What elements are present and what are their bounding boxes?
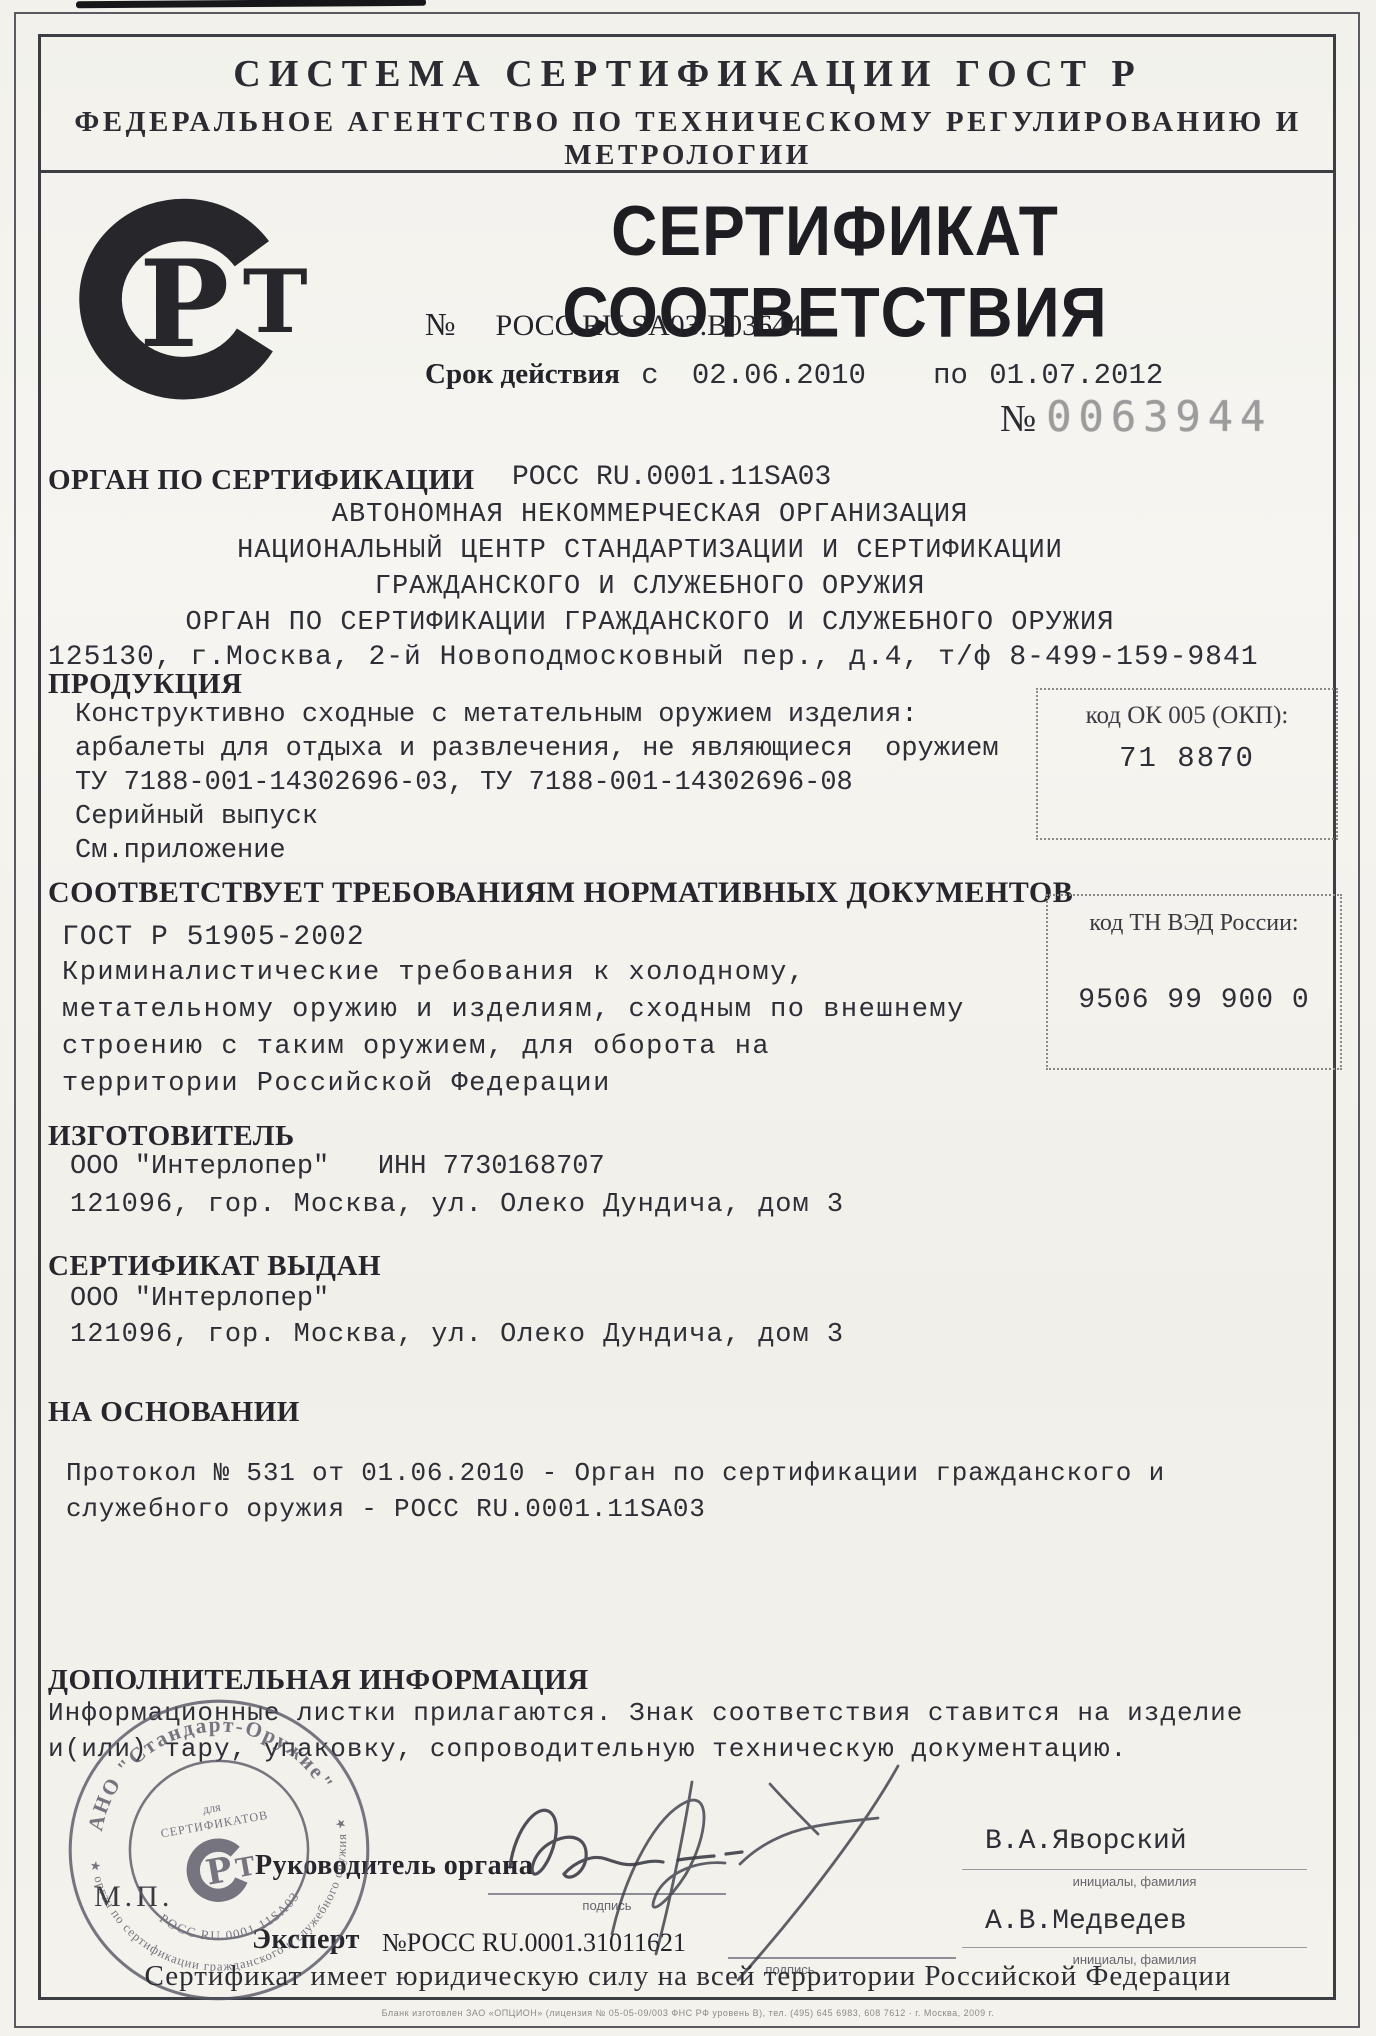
head-signature-icon xyxy=(510,1810,742,1877)
compliance-standard: ГОСТ Р 51905-2002 xyxy=(62,922,365,953)
compliance-heading: СООТВЕТСТВУЕТ ТРЕБОВАНИЯМ НОРМАТИВНЫХ ДО… xyxy=(48,876,1073,910)
product-line: Конструктивно сходные с метательным оруж… xyxy=(75,700,918,730)
manufacturer-heading: ИЗГОТОВИТЕЛЬ xyxy=(48,1120,295,1153)
org-line: АВТОНОМНАЯ НЕКОММЕРЧЕСКАЯ ОРГАНИЗАЦИЯ xyxy=(0,500,1300,530)
basis-line: служебного оружия - РОСС RU.0001.11SA03 xyxy=(66,1494,706,1524)
okp-code-box: код ОК 005 (ОКП): 71 8870 xyxy=(1036,688,1338,840)
agency-title: ФЕДЕРАЛЬНОЕ АГЕНТСТВО ПО ТЕХНИЧЕСКОМУ РЕ… xyxy=(0,106,1376,172)
org-code: РОСС RU.0001.11SA03 xyxy=(512,462,831,493)
product-line: арбалеты для отдыха и развлечения, не яв… xyxy=(75,734,999,764)
valid-to-date: 01.07.2012 xyxy=(989,359,1163,392)
org-line: НАЦИОНАЛЬНЫЙ ЦЕНТР СТАНДАРТИЗАЦИИ И СЕРТ… xyxy=(0,536,1300,566)
issued-to-address: 121096, гор. Москва, ул. Олеко Дундича, … xyxy=(70,1320,844,1350)
tnved-code: 9506 99 900 0 xyxy=(1048,985,1340,1016)
org-line: ГРАЖДАНСКОГО И СЛУЖЕБНОГО ОРУЖИЯ xyxy=(0,572,1300,602)
compliance-line: Криминалистические требования к холодном… xyxy=(62,958,806,988)
blank-fine-print: Бланк изготовлен ЗАО «ОПЦИОН» (лицензия … xyxy=(0,2008,1376,2018)
org-line: ОРГАН ПО СЕРТИФИКАЦИИ ГРАЖДАНСКОГО И СЛУ… xyxy=(0,608,1300,638)
handwritten-signatures xyxy=(440,1742,1020,1992)
product-line: См.приложение xyxy=(75,836,286,866)
number-sign: № xyxy=(425,306,456,342)
system-title: СИСТЕМА СЕРТИФИКАЦИИ ГОСТ Р xyxy=(0,52,1376,96)
expert-signature-icon xyxy=(612,1766,898,1980)
tnved-label: код ТН ВЭД России: xyxy=(1048,910,1340,937)
certificate-number-row: №РОСС RU.SA03.B03644 xyxy=(425,306,802,343)
basis-line: Протокол № 531 от 01.06.2010 - Орган по … xyxy=(66,1458,1165,1488)
to-label: по xyxy=(933,359,968,392)
rst-mark-icon: Р Т xyxy=(64,198,318,416)
product-heading: ПРОДУКЦИЯ xyxy=(48,668,242,701)
valid-from-date: 02.06.2010 xyxy=(692,359,866,392)
basis-heading: НА ОСНОВАНИИ xyxy=(48,1396,300,1429)
manufacturer-address: 121096, гор. Москва, ул. Олеко Дундича, … xyxy=(70,1190,844,1220)
scan-artifact xyxy=(76,0,426,8)
stamp-rst-logo-icon: Р Т xyxy=(189,1839,258,1899)
validity-row: Срок действия с 02.06.2010 по 01.07.2012 xyxy=(425,358,1163,392)
stamp-center-line1: для xyxy=(202,1800,222,1817)
svg-text:Т: Т xyxy=(243,250,308,353)
validity-label: Срок действия xyxy=(425,358,620,390)
okp-code: 71 8870 xyxy=(1038,742,1336,775)
org-heading: ОРГАН ПО СЕРТИФИКАЦИИ xyxy=(48,464,475,497)
product-line: ТУ 7188-001-14302696-03, ТУ 7188-001-143… xyxy=(75,768,853,798)
issued-to-name: ООО "Интерлопер" xyxy=(70,1284,329,1314)
certificate-number: РОСС RU.SA03.B03644 xyxy=(496,309,803,342)
okp-label: код ОК 005 (ОКП): xyxy=(1038,702,1336,730)
compliance-line: метательному оружию и изделиям, сходным … xyxy=(62,995,965,1025)
header-divider xyxy=(41,170,1333,173)
from-label: с xyxy=(641,359,658,392)
certificate-document: СИСТЕМА СЕРТИФИКАЦИИ ГОСТ Р ФЕДЕРАЛЬНОЕ … xyxy=(0,0,1376,2036)
svg-text:Р: Р xyxy=(139,235,229,375)
blank-number-sign: № xyxy=(1000,398,1036,440)
compliance-line: строению с таким оружием, для оборота на xyxy=(62,1032,770,1062)
blank-number: 0063944 xyxy=(1046,392,1272,441)
issued-to-heading: СЕРТИФИКАТ ВЫДАН xyxy=(48,1250,381,1283)
blank-number-row: №0063944 xyxy=(1000,392,1272,441)
product-line: Серийный выпуск xyxy=(75,802,318,832)
legal-statement: Сертификат имеет юридическую силу на все… xyxy=(0,1960,1376,1993)
tnved-code-box: код ТН ВЭД России: 9506 99 900 0 xyxy=(1046,894,1342,1070)
compliance-line: территории Российской Федерации xyxy=(62,1069,611,1099)
manufacturer-name: ООО "Интерлопер" ИНН 7730168707 xyxy=(70,1152,605,1182)
